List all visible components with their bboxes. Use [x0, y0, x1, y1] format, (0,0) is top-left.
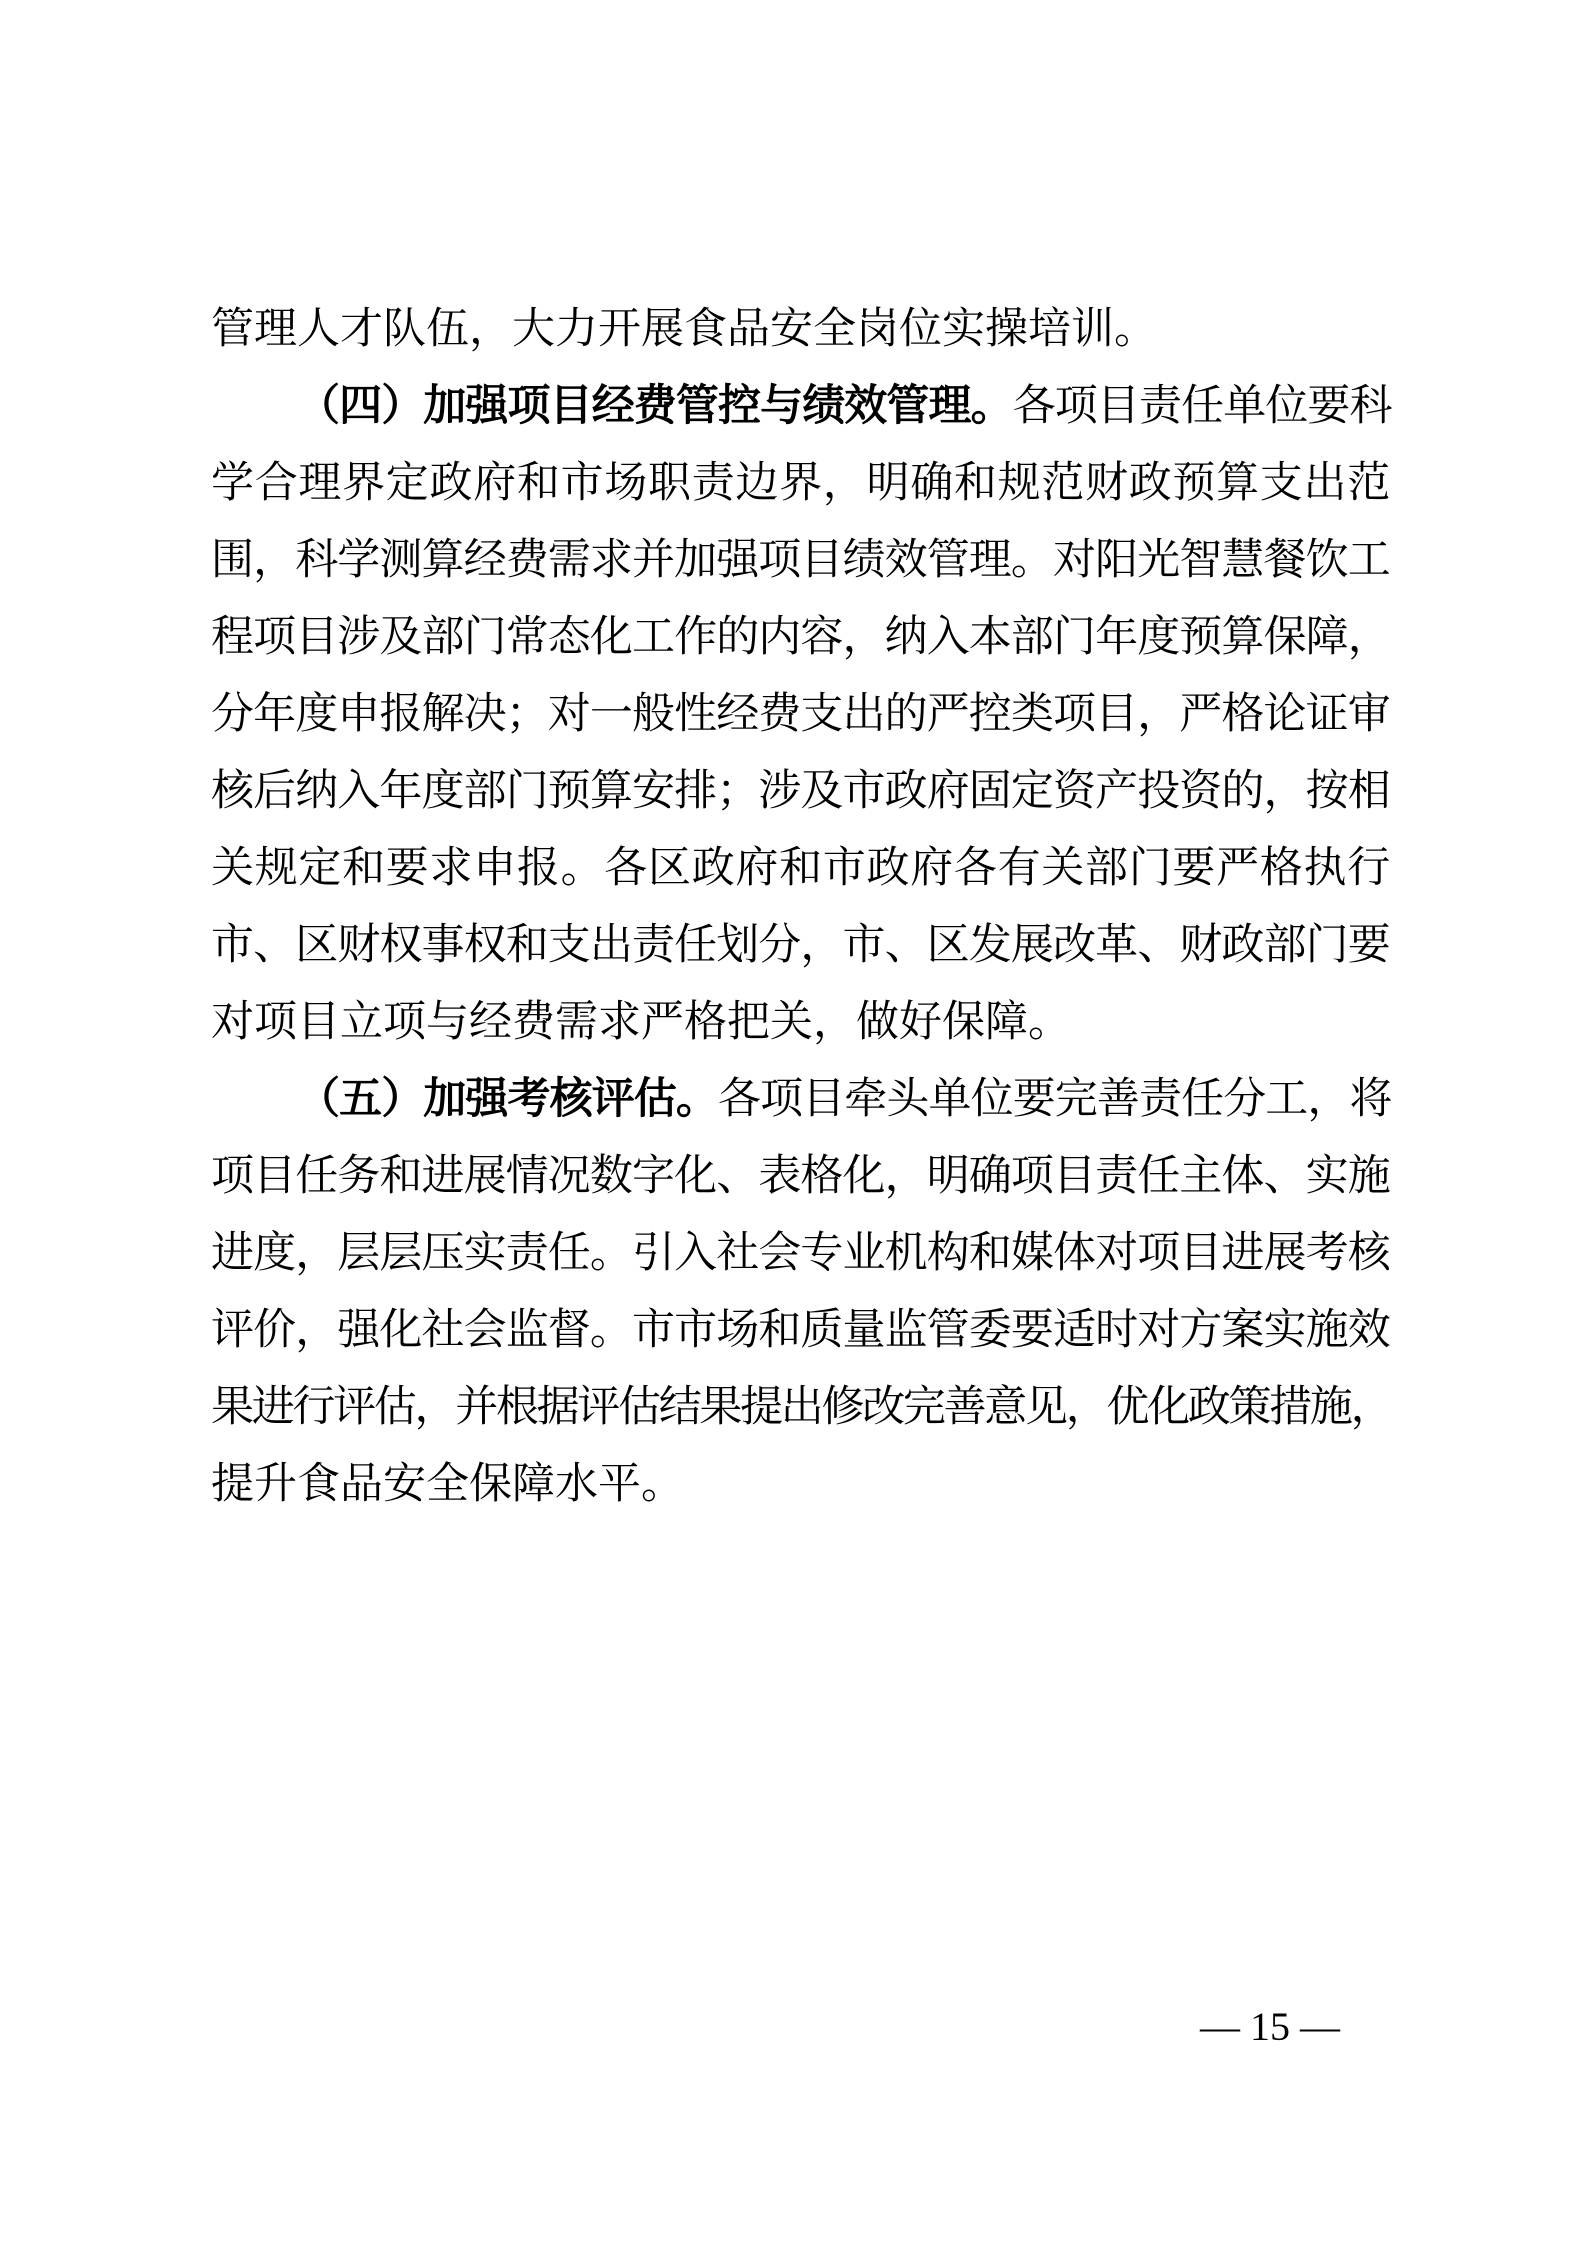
section-body-text: 各项目责任单位要科: [1013, 383, 1392, 430]
text-line: 进度，层层压实责任。引入社会专业机构和媒体对项目进展考核: [211, 1215, 1392, 1292]
text-line: （四）加强项目经费管控与绩效管理。各项目责任单位要科: [211, 368, 1392, 445]
text-line: 评价，强化社会监督。市市场和质量监管委要适时对方案实施效: [211, 1292, 1392, 1369]
section-body-text: 各项目牵头单位要完善责任分工，将: [718, 1076, 1392, 1123]
text-block: 管理人才队伍，大力开展食品安全岗位实操培训。 （四）加强项目经费管控与绩效管理。…: [211, 291, 1392, 1523]
document-page: 管理人才队伍，大力开展食品安全岗位实操培训。 （四）加强项目经费管控与绩效管理。…: [0, 0, 1587, 2245]
text-line: 关规定和要求申报。各区政府和市政府各有关部门要严格执行: [211, 830, 1392, 907]
text-line: 市、区财权事权和支出责任划分，市、区发展改革、财政部门要: [211, 907, 1392, 984]
text-line: 程项目涉及部门常态化工作的内容，纳入本部门年度预算保障，: [211, 599, 1392, 676]
text-line: 核后纳入年度部门预算安排；涉及市政府固定资产投资的，按相: [211, 753, 1392, 830]
text-line: 果进行评估，并根据评估结果提出修改完善意见，优化政策措施，: [211, 1369, 1392, 1446]
text-line: 学合理界定政府和市场职责边界，明确和规范财政预算支出范: [211, 445, 1392, 522]
text-line: 对项目立项与经费需求严格把关，做好保障。: [211, 984, 1392, 1061]
section-heading: （五）加强考核评估。: [297, 1076, 718, 1123]
text-line: 分年度申报解决；对一般性经费支出的严控类项目，严格论证审: [211, 676, 1392, 753]
page-number: — 15 —: [1200, 2007, 1340, 2047]
text-line: 提升食品安全保障水平。: [211, 1446, 1392, 1523]
text-line: 围，科学测算经费需求并加强项目绩效管理。对阳光智慧餐饮工: [211, 522, 1392, 599]
text-line: 项目任务和进展情况数字化、表格化，明确项目责任主体、实施: [211, 1138, 1392, 1215]
text-line: 管理人才队伍，大力开展食品安全岗位实操培训。: [211, 291, 1392, 368]
section-heading: （四）加强项目经费管控与绩效管理。: [297, 383, 1013, 430]
text-line: （五）加强考核评估。各项目牵头单位要完善责任分工，将: [211, 1061, 1392, 1138]
